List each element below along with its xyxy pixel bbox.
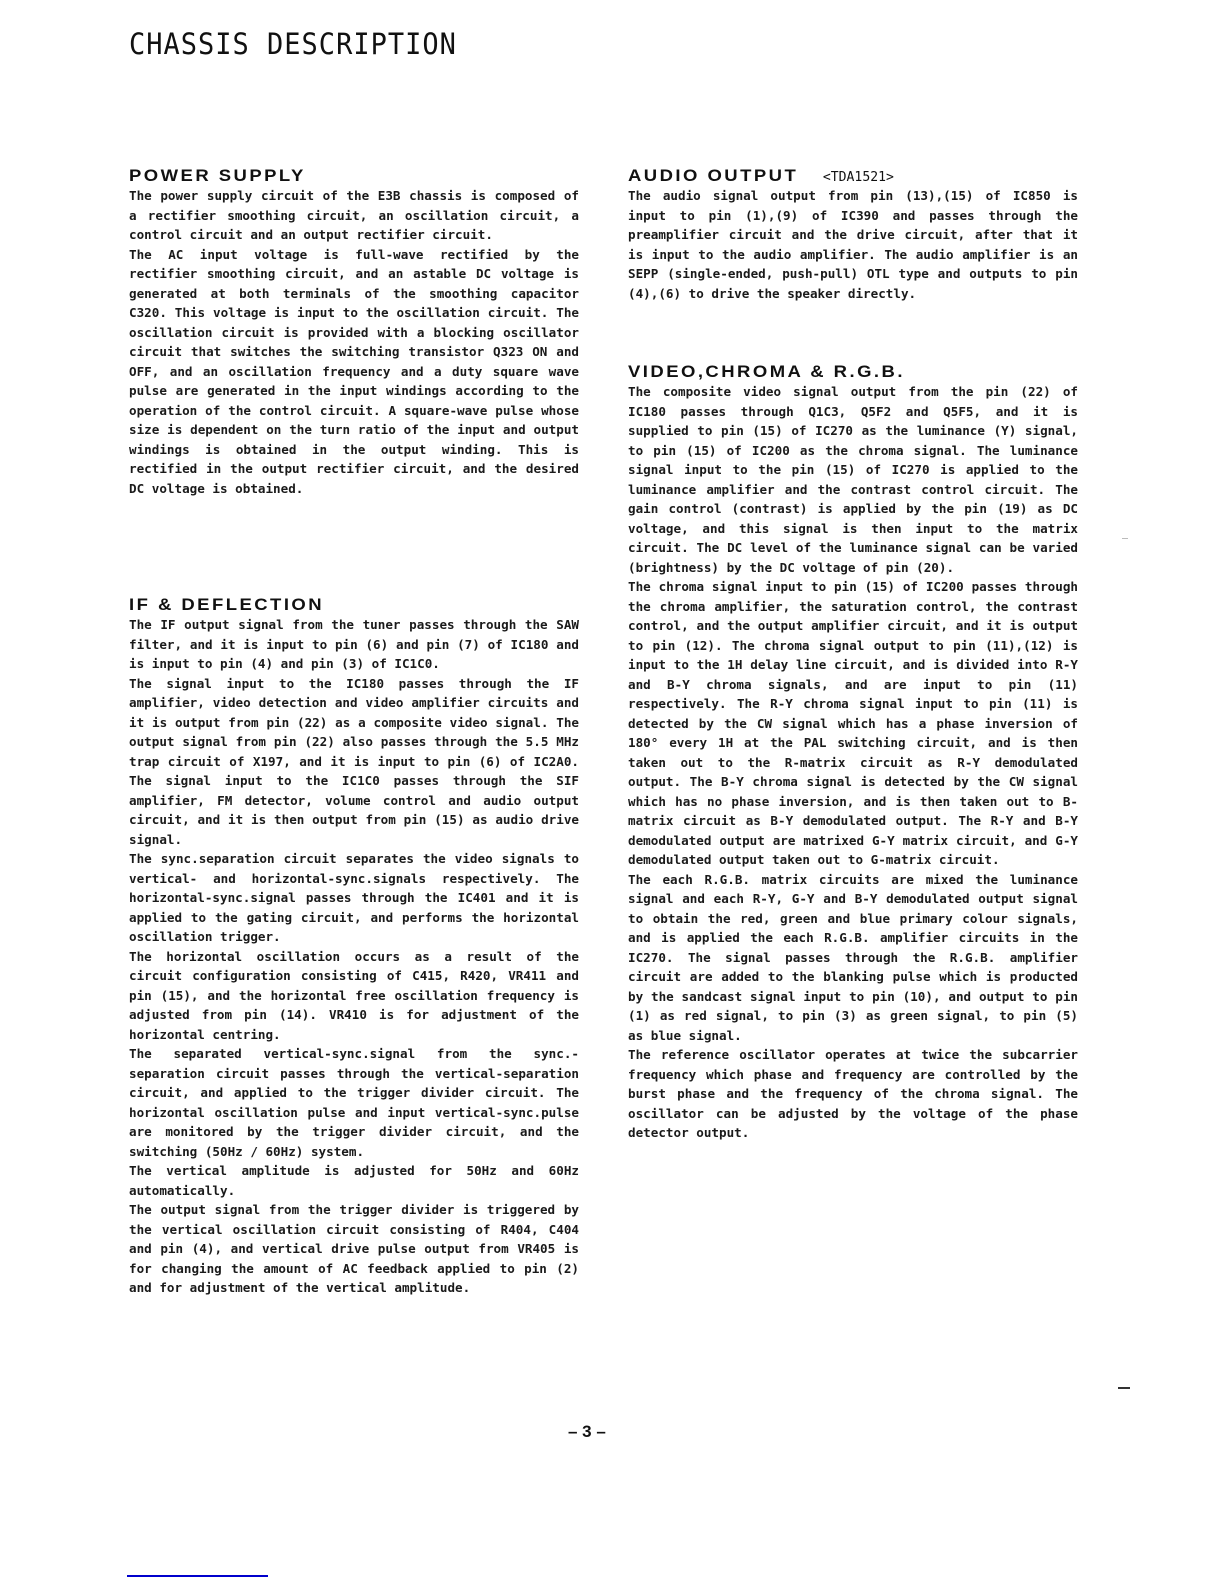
section-heading: IF & DEFLECTION — [129, 595, 633, 615]
heading-text: AUDIO OUTPUT — [628, 167, 798, 185]
paragraph: The horizontal oscillation occurs as a r… — [129, 947, 579, 1045]
section-heading: AUDIO OUTPUT<TDA1521> — [628, 166, 1132, 186]
section-video-chroma-rgb: VIDEO,CHROMA & R.G.B. The composite vide… — [628, 362, 1078, 1143]
paragraph: The output signal from the trigger divid… — [129, 1200, 579, 1298]
section-audio-output: AUDIO OUTPUT<TDA1521> The audio signal o… — [628, 166, 1078, 303]
section-if-deflection: IF & DEFLECTION The IF output signal fro… — [129, 595, 579, 1298]
link-underline[interactable] — [127, 1575, 268, 1577]
paragraph: The signal input to the IC180 passes thr… — [129, 674, 579, 850]
scan-artifact-mark — [1122, 538, 1128, 539]
paragraph: The separated vertical-sync.signal from … — [129, 1044, 579, 1161]
scan-artifact-mark — [1118, 1387, 1130, 1389]
paragraph: The composite video signal output from t… — [628, 382, 1078, 577]
paragraph: The vertical amplitude is adjusted for 5… — [129, 1161, 579, 1200]
section-power-supply: POWER SUPPLY The power supply circuit of… — [129, 166, 579, 498]
paragraph: The power supply circuit of the E3B chas… — [129, 186, 579, 245]
paragraph: The each R.G.B. matrix circuits are mixe… — [628, 870, 1078, 1046]
paragraph: The reference oscillator operates at twi… — [628, 1045, 1078, 1143]
section-heading: VIDEO,CHROMA & R.G.B. — [628, 362, 1132, 382]
page-number: – 3 – — [568, 1422, 606, 1442]
section-heading: POWER SUPPLY — [129, 166, 633, 186]
paragraph: The sync.separation circuit separates th… — [129, 849, 579, 947]
paragraph: The IF output signal from the tuner pass… — [129, 615, 579, 674]
page-title: CHASSIS DESCRIPTION — [129, 28, 457, 61]
paragraph: The chroma signal input to pin (15) of I… — [628, 577, 1078, 870]
paragraph: The audio signal output from pin (13),(1… — [628, 186, 1078, 303]
paragraph: The AC input voltage is full-wave rectif… — [129, 245, 579, 499]
ic-part-number: <TDA1521> — [823, 168, 894, 188]
